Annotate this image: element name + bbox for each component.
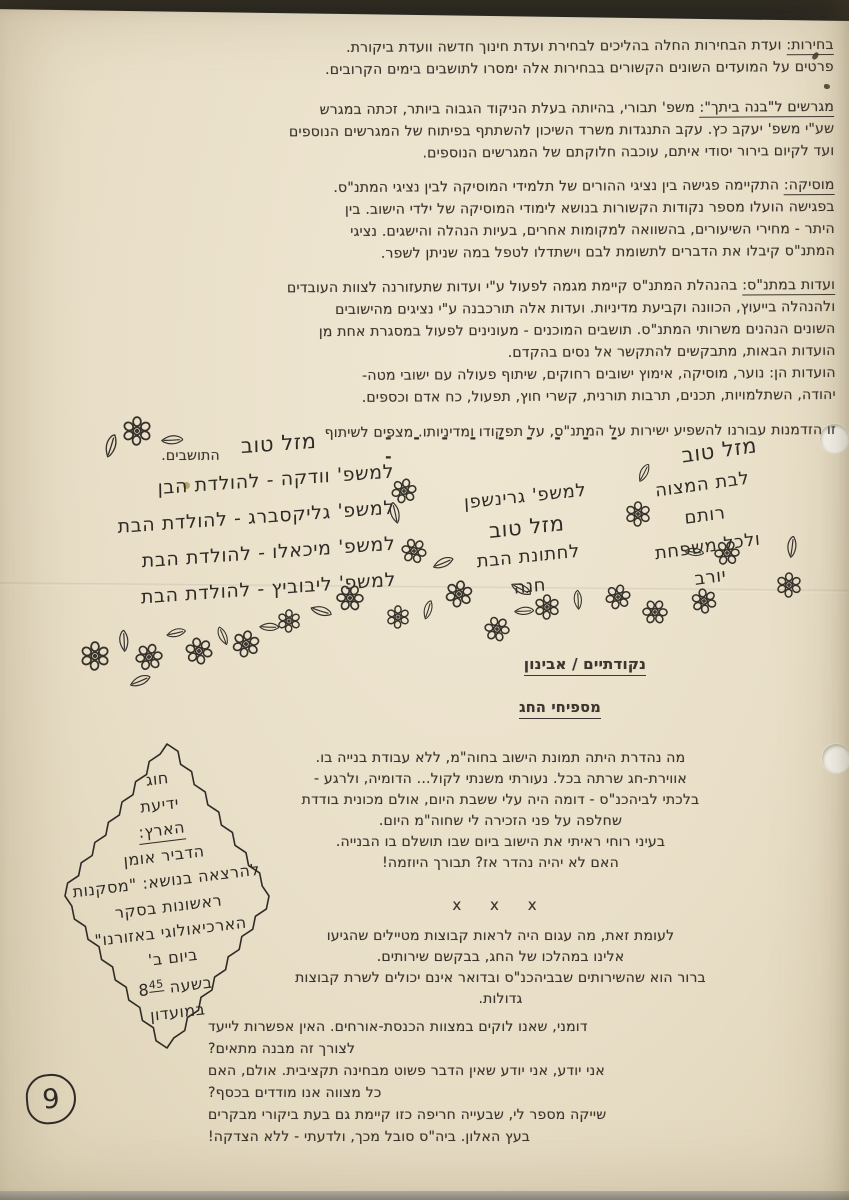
flower-icon — [605, 584, 631, 610]
handwritten-announcement: חוג ידיעת הארץ: הדביר אומן להרצאה בנושא:… — [45, 753, 291, 1039]
flower-icon — [336, 584, 364, 612]
leaf-icon — [511, 579, 531, 599]
column-heading: נקודתיים / אבינון — [455, 655, 715, 673]
news-section-elections: בחירות: ועדת הבחירות החלה בהליכים לבחירת… — [159, 34, 834, 82]
flower-icon — [776, 572, 802, 598]
leaf-icon — [167, 624, 185, 642]
section-body: ועדת הבחירות החלה בהליכים לבחירת ועדת חי… — [325, 37, 834, 78]
page-number: 9 — [24, 1072, 78, 1126]
column-heading-text: נקודתיים / אבינון — [524, 655, 646, 676]
xxx-separator: x x x — [243, 896, 758, 914]
flower-icon — [232, 630, 260, 658]
flower-icon — [534, 594, 560, 620]
punch-hole — [822, 744, 849, 773]
flower-icon — [135, 643, 163, 671]
flower-icon — [714, 540, 740, 566]
leaf-icon — [635, 464, 653, 482]
flower-icon — [445, 580, 473, 608]
leaf-icon — [100, 435, 122, 457]
leaf-icon — [311, 601, 331, 621]
page-number-digit: 9 — [41, 1083, 61, 1115]
leaf-icon — [515, 602, 533, 620]
section-body: בהנהלת המתנ"ס קיימת מגמה לפעול ע"י ועדות… — [287, 278, 836, 406]
leaf-icon — [114, 631, 134, 651]
flower-icon — [484, 616, 510, 642]
news-section-lots: מגרשים ל"בנה ביתך": משפ' תבורי, בהיותה ב… — [159, 96, 834, 166]
article-paragraph: מה נהדרת היתה תמונת הישוב בחוה"מ, ללא עב… — [243, 748, 758, 874]
flower-icon — [386, 605, 410, 629]
article-paragraph: לעומת זאת, מה עגום היה לראות קבוצות מטיי… — [243, 926, 758, 1010]
article-title-text: מספיחי החג — [519, 700, 601, 719]
section-label: מוסיקה: — [784, 177, 835, 195]
leaf-icon — [162, 430, 182, 450]
flower-icon — [122, 416, 152, 446]
news-section-committees: ועדות במתנ"ס: בהנהלת המתנ"ס קיימת מגמה ל… — [160, 274, 836, 410]
leaf-icon — [433, 553, 453, 573]
flower-icon — [691, 588, 717, 614]
flower-icon — [625, 501, 651, 527]
flower-icon — [642, 599, 668, 625]
scanned-newsletter-page: בחירות: ועדת הבחירות החלה בהליכים לבחירת… — [0, 0, 849, 1200]
flower-icon — [277, 609, 301, 633]
news-section-music: מוסיקה: התקיימה פגישה בין נציגי ההורים ש… — [160, 174, 836, 266]
flower-icon — [80, 641, 110, 671]
section-label: ועדות במתנ"ס: — [742, 277, 835, 296]
flower-icon — [185, 637, 213, 665]
section-label: בחירות: — [786, 37, 834, 55]
flower-icon — [391, 478, 417, 504]
leaf-icon — [782, 537, 802, 557]
section-label: מגרשים ל"בנה ביתך": — [699, 99, 834, 118]
leaf-icon — [214, 627, 232, 645]
typed-news-sections: בחירות: ועדת הבחירות החלה בהליכים לבחירת… — [159, 34, 837, 481]
article-title: מספיחי החג — [455, 700, 665, 716]
section-body: התקיימה פגישה בין נציגי ההורים של תלמידי… — [333, 177, 835, 261]
leaf-icon — [685, 543, 703, 561]
leaf-icon — [130, 671, 150, 691]
leaf-icon — [419, 601, 437, 619]
leaf-icon — [260, 618, 278, 636]
scan-edge-top — [0, 0, 849, 22]
leaf-icon — [385, 503, 405, 523]
scan-edge-bottom — [0, 1191, 849, 1200]
flower-icon — [401, 538, 427, 564]
leaf-icon — [569, 591, 587, 609]
dashed-separator: - - - - - - - - - - — [385, 428, 645, 466]
